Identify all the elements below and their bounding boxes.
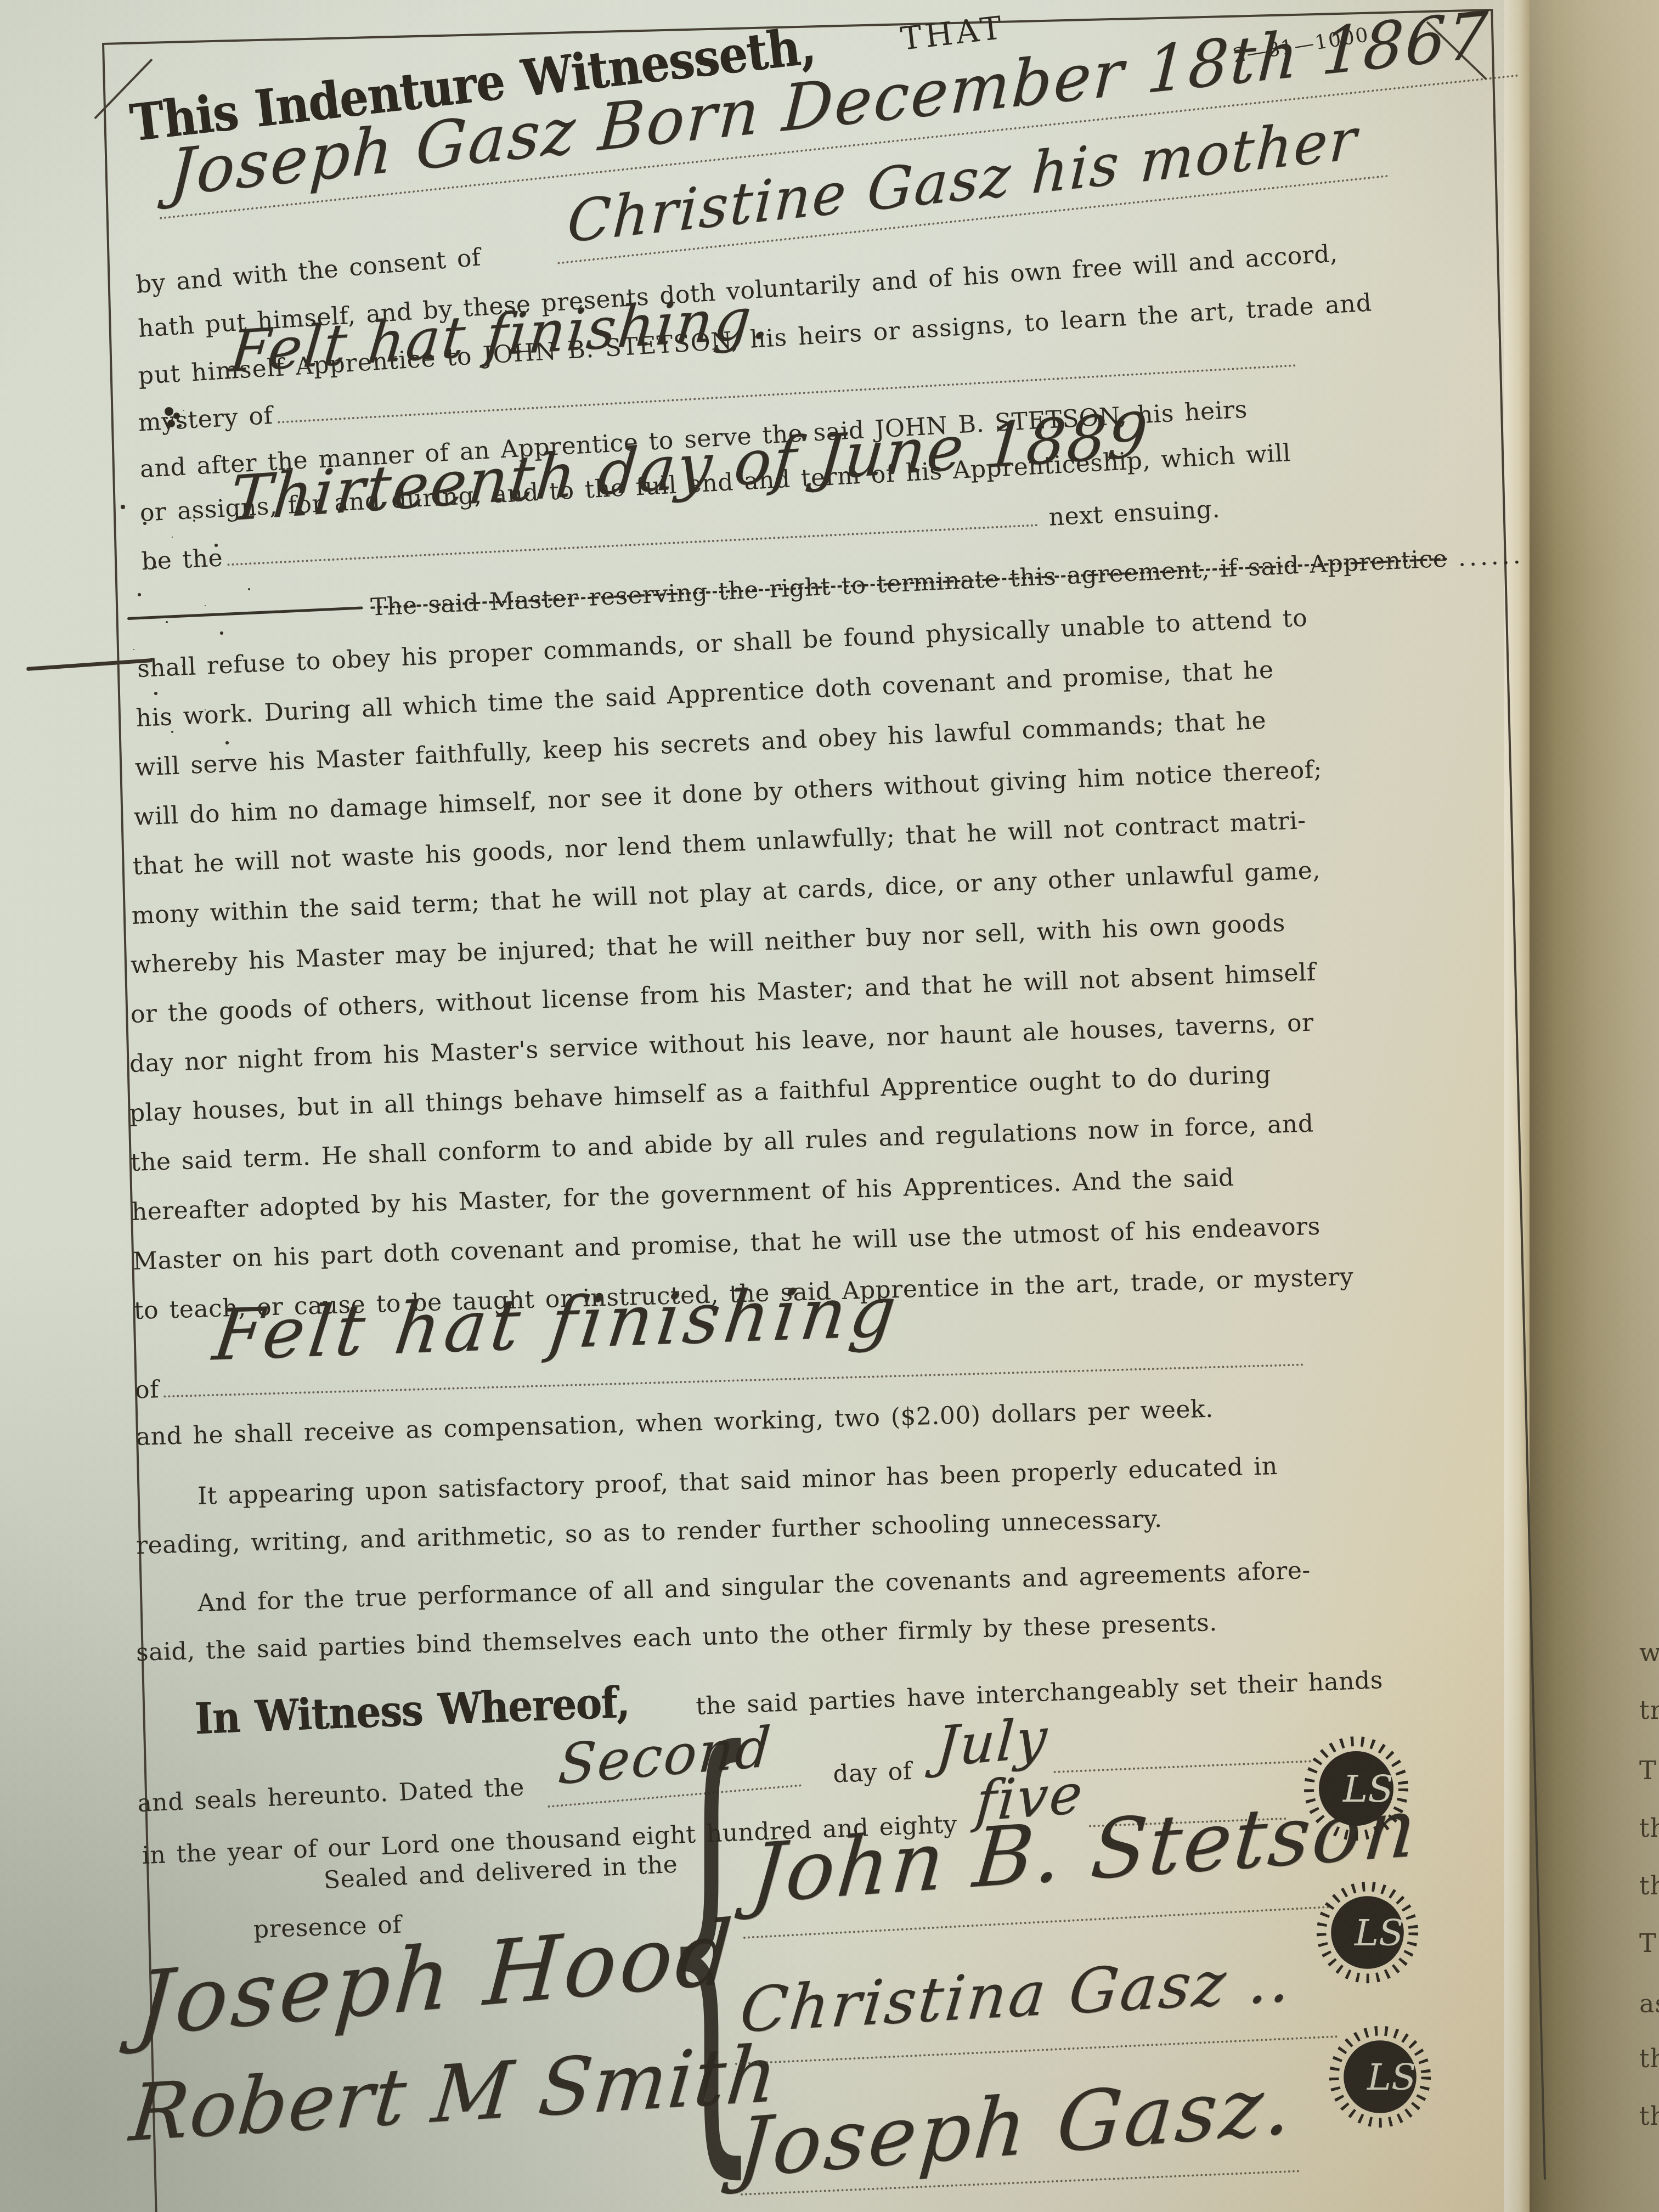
facing-page-text-fragment: w xyxy=(1639,1638,1659,1667)
be-the-label: be the xyxy=(141,544,224,575)
facing-page-text-fragment: T xyxy=(1639,1756,1657,1785)
notary-seal: LS xyxy=(1301,1734,1411,1843)
mystery-of-label: mystery of xyxy=(138,402,274,437)
of-label: of xyxy=(134,1375,159,1404)
ink-blot xyxy=(165,407,173,416)
ink-rule xyxy=(127,606,363,620)
facing-page-text-fragment: as xyxy=(1639,1989,1659,2018)
facing-page-text-fragment: th xyxy=(1639,2044,1659,2073)
ink-speckles xyxy=(121,505,125,509)
facing-page: w tr T th th T as th th xyxy=(1530,0,1659,2212)
photographed-indenture-document: w tr T th th T as th th 2—81—1000 This I… xyxy=(0,0,1659,2212)
seal-monogram: LS xyxy=(1367,2056,1416,2098)
seal-monogram: LS xyxy=(1354,1911,1403,1954)
facing-page-text-fragment: th xyxy=(1639,2101,1659,2131)
facing-page-text-fragment: th xyxy=(1639,1813,1659,1843)
facing-page-text-fragment: th xyxy=(1639,1871,1659,1900)
facing-page-text-fragment: T xyxy=(1639,1928,1657,1958)
seal-monogram: LS xyxy=(1342,1768,1393,1811)
notary-seal: LS xyxy=(1327,2023,1434,2130)
struck-trail-dots: ...... xyxy=(1457,541,1524,572)
facing-page-text-fragment: tr xyxy=(1639,1695,1659,1725)
notary-seal: LS xyxy=(1314,1879,1421,1986)
